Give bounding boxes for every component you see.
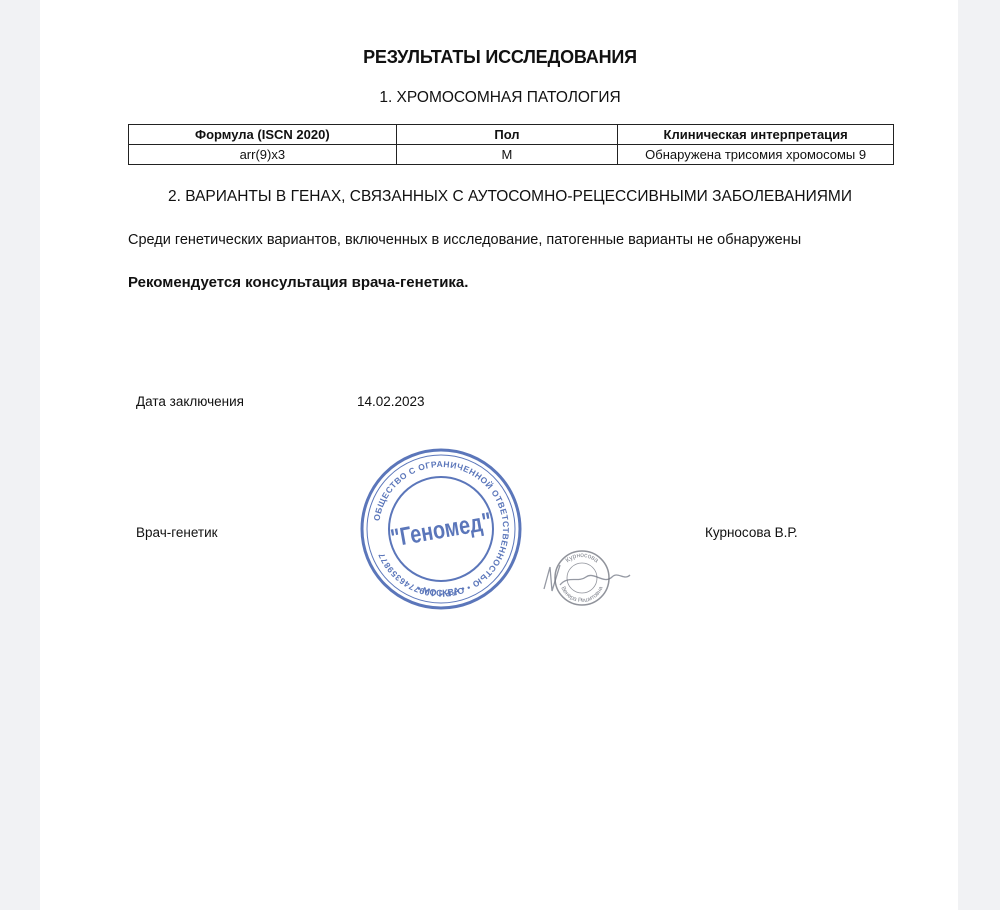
stamp-center-text: "Геномед" bbox=[389, 507, 494, 552]
cell-interpretation: Обнаружена трисомия хромосомы 9 bbox=[618, 145, 894, 165]
header-formula: Формула (ISCN 2020) bbox=[129, 125, 397, 145]
recommendation: Рекомендуется консультация врача-генетик… bbox=[128, 274, 468, 291]
table-header-row: Формула (ISCN 2020) Пол Клиническая инте… bbox=[129, 125, 894, 145]
cell-sex: М bbox=[396, 145, 618, 165]
header-sex: Пол bbox=[396, 125, 618, 145]
svg-text:Венера Решитовна: Венера Решитовна bbox=[559, 585, 604, 604]
document-title: РЕЗУЛЬТАТЫ ИССЛЕДОВАНИЯ bbox=[0, 47, 1000, 68]
company-stamp: ОБЩЕСТВО С ОГРАНИЧЕННОЙ ОТВЕТСТВЕННОСТЬЮ… bbox=[358, 446, 524, 612]
section2-text: Среди генетических вариантов, включенных… bbox=[128, 232, 801, 248]
conclusion-date-label: Дата заключения bbox=[136, 394, 244, 409]
section2-title: 2. ВАРИАНТЫ В ГЕНАХ, СВЯЗАННЫХ С АУТОСОМ… bbox=[0, 188, 1000, 206]
personal-stamp: Курносова Венера Решитовна bbox=[553, 549, 611, 607]
cell-formula: arr(9)x3 bbox=[129, 145, 397, 165]
table-row: arr(9)x3 М Обнаружена трисомия хромосомы… bbox=[129, 145, 894, 165]
signer-role: Врач-генетик bbox=[136, 525, 218, 540]
personal-stamp-bottom-text: Венера Решитовна bbox=[559, 585, 604, 604]
conclusion-date: 14.02.2023 bbox=[357, 394, 425, 409]
signer-name: Курносова В.Р. bbox=[705, 525, 798, 540]
header-interpretation: Клиническая интерпретация bbox=[618, 125, 894, 145]
chromosome-results-table: Формула (ISCN 2020) Пол Клиническая инте… bbox=[128, 124, 894, 165]
section1-title: 1. ХРОМОСОМНАЯ ПАТОЛОГИЯ bbox=[0, 89, 1000, 107]
